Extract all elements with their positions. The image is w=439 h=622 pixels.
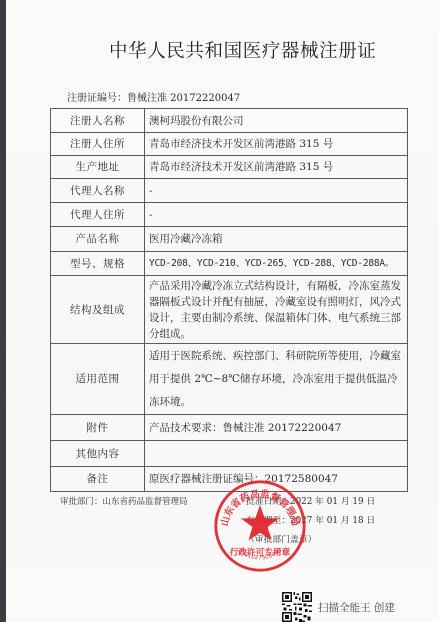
certificate-title: 中华人民共和国医疗器械注册证: [109, 37, 349, 63]
row-label: 其他内容: [51, 441, 145, 467]
row-value: 青岛市经济技术开发区前湾港路 315 号: [145, 156, 408, 179]
row-value: 产品采用冷藏冷冻立式结构设计，有隔板，冷冻室蒸发器隔板式设计并配有抽屉，冷藏室设…: [145, 276, 408, 344]
registration-number-label: 注册证编号：: [67, 93, 127, 104]
certificate-table: 注册人名称 澳柯玛股份有限公司 注册人住所 青岛市经济技术开发区前湾港路 315…: [50, 108, 408, 492]
row-value: [145, 441, 408, 467]
table-row: 注册人住所 青岛市经济技术开发区前湾港路 315 号: [51, 133, 408, 156]
approval-department: 审批部门：山东省药品监督管理局: [60, 495, 188, 507]
scanner-watermark: 扫描全能王 创建: [282, 592, 395, 622]
row-label: 备注: [51, 467, 145, 492]
certificate-page: 中华人民共和国医疗器械注册证 注册证编号：鲁械注准 20172220047 注册…: [6, 0, 439, 622]
row-label: 生产地址: [51, 156, 145, 179]
row-label: 结构及组成: [51, 276, 145, 344]
table-row: 代理人名称 -: [51, 179, 408, 203]
row-label: 产品名称: [51, 227, 145, 252]
row-value: -: [145, 203, 408, 227]
row-value: 医用冷藏冷冻箱: [145, 227, 408, 252]
table-row: 型号、规格 YCD-208、YCD-210、YCD-265、YCD-288、YC…: [51, 252, 408, 276]
row-value: 原医疗器械注册证编号：20172580047: [145, 467, 408, 492]
row-label: 附件: [51, 415, 145, 441]
table-row: 适用范围 适用于医院系统、疾控部门、科研院所等使用，冷藏室用于提供 2℃~8℃储…: [51, 344, 408, 415]
registration-number-line: 注册证编号：鲁械注准 20172220047: [67, 89, 240, 104]
table-row: 生产地址 青岛市经济技术开发区前湾港路 315 号: [51, 156, 408, 179]
row-value: 青岛市经济技术开发区前湾港路 315 号: [145, 133, 408, 156]
table-row: 其他内容: [51, 441, 408, 467]
row-value: -: [145, 179, 408, 203]
row-label: 适用范围: [51, 344, 145, 415]
approval-date: 批准日期：2022 年 01 月 19 日: [246, 494, 375, 513]
row-value: 产品技术要求：鲁械注准 20172220047: [145, 415, 408, 441]
row-label: 代理人住所: [51, 203, 145, 227]
row-label: 代理人名称: [51, 179, 145, 203]
registration-number: 鲁械注准 20172220047: [127, 93, 240, 104]
table-row: 代理人住所 -: [51, 203, 408, 227]
row-value: 适用于医院系统、疾控部门、科研院所等使用，冷藏室用于提供 2℃~8℃储存环境，冷…: [145, 344, 408, 415]
row-value: YCD-208、YCD-210、YCD-265、YCD-288、YCD-288A…: [145, 252, 408, 276]
watermark-text: 扫描全能王 创建: [318, 600, 395, 615]
table-row: 备注 原医疗器械注册证编号：20172580047: [51, 467, 408, 492]
row-label: 注册人住所: [51, 133, 145, 156]
valid-until-date: 有效期至：2027 年 01 月 18 日: [246, 513, 375, 532]
row-label: 注册人名称: [51, 109, 145, 133]
row-label: 型号、规格: [51, 252, 145, 276]
row-value: 澳柯玛股份有限公司: [145, 109, 408, 133]
seal-note: （审批部门盖章）: [246, 532, 375, 551]
approval-dates: 批准日期：2022 年 01 月 19 日 有效期至：2027 年 01 月 1…: [246, 494, 375, 551]
table-row: 注册人名称 澳柯玛股份有限公司: [51, 109, 408, 133]
table-row: 附件 产品技术要求：鲁械注准 20172220047: [51, 415, 408, 441]
table-row: 结构及组成 产品采用冷藏冷冻立式结构设计，有隔板，冷冻室蒸发器隔板式设计并配有抽…: [51, 276, 408, 344]
qr-code-icon: [282, 592, 312, 622]
table-row: 产品名称 医用冷藏冷冻箱: [51, 227, 408, 252]
